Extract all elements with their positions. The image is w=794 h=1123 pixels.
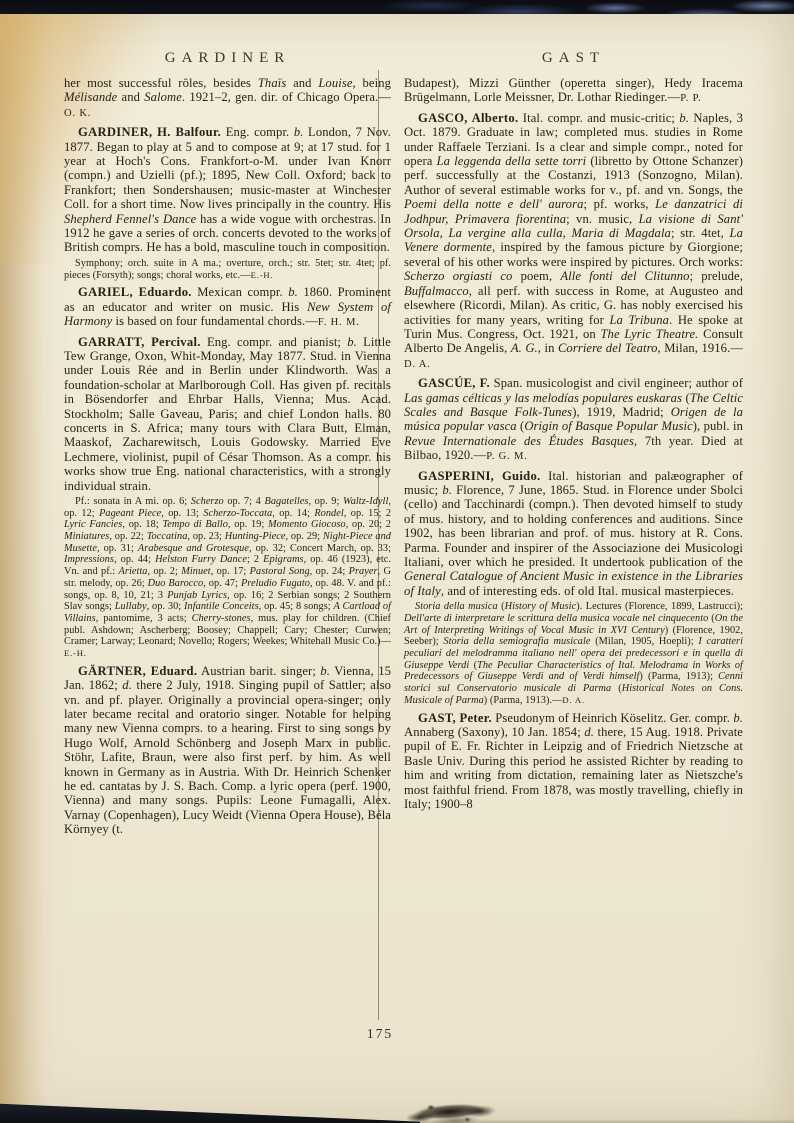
page-number: 175 xyxy=(340,1026,420,1042)
worklist-gasperini: Storia della musica (History of Music). … xyxy=(404,601,743,706)
worklist-garratt: Pf.: sonata in A mi. op. 6; Scherzo op. … xyxy=(64,496,391,660)
running-head-left: GARDINER xyxy=(64,50,391,67)
column-left: her most successful rôles, besides Thaïs… xyxy=(64,76,391,837)
entry-gariel: GARIEL, Eduardo. Mexican compr. b. 1860.… xyxy=(64,285,391,330)
bottom-shadow xyxy=(0,1101,420,1123)
entry-garratt: GARRATT, Percival. Eng. compr. and piani… xyxy=(64,335,391,493)
entry-gascue: GASCÚE, F. Span. musicologist and civil … xyxy=(404,376,743,464)
entry-continuation: Budapest), Mizzi Günther (operetta singe… xyxy=(404,76,743,107)
column-right: Budapest), Mizzi Günther (operetta singe… xyxy=(404,76,743,811)
book-photo: GARDINER GAST her most successful rôles,… xyxy=(0,0,794,1123)
entry-gasperini: GASPERINI, Guido. Ital. historian and pa… xyxy=(404,469,743,599)
running-head-right: GAST xyxy=(404,50,743,67)
page-bottom-edge xyxy=(420,1119,794,1123)
entry-continuation: her most successful rôles, besides Thaïs… xyxy=(64,76,391,121)
entry-gartner: GÄRTNER, Eduard. Austrian barit. singer;… xyxy=(64,664,391,837)
book-page: GARDINER GAST her most successful rôles,… xyxy=(0,14,794,1123)
entry-gast: GAST, Peter. Pseudonym of Heinrich Kösel… xyxy=(404,711,743,812)
entry-gardiner: GARDINER, H. Balfour. Eng. compr. b. Lon… xyxy=(64,125,391,255)
entry-gasco: GASCO, Alberto. Ital. compr. and music-c… xyxy=(404,111,743,372)
worklist-gardiner: Symphony; orch. suite in A ma.; overture… xyxy=(64,258,391,281)
